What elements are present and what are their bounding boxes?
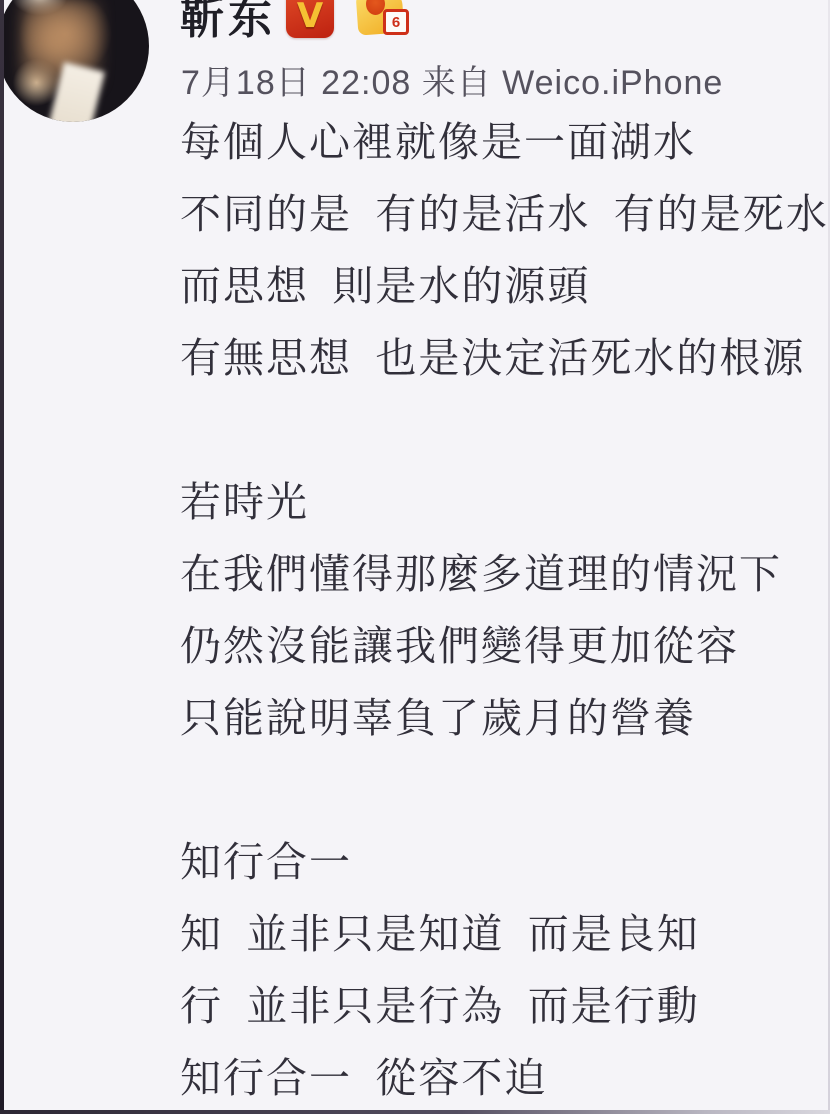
- post-line: 在我們懂得那麼多道理的情況下: [180, 538, 824, 610]
- post-line: 行 並非只是行為 而是行動: [180, 970, 824, 1042]
- verified-badge-icon: V: [286, 0, 334, 38]
- post-line: 知行合一 從容不迫: [180, 1042, 824, 1114]
- post-line: 知行合一: [180, 826, 824, 898]
- post-text: 每個人心裡就像是一面湖水 不同的是 有的是活水 有的是死水 而思想 則是水的源頭…: [180, 106, 824, 1114]
- verified-v-letter: V: [297, 0, 323, 33]
- post-line: 每個人心裡就像是一面湖水: [180, 106, 824, 178]
- post-meta[interactable]: 7月18日 22:08 来自 Weico.iPhone: [181, 55, 723, 104]
- post-line: 仍然沒能讓我們變得更加從容: [180, 610, 824, 682]
- screenshot-bottom-edge: [0, 1110, 830, 1114]
- post-line: 若時光: [180, 466, 824, 538]
- author-name[interactable]: 靳东: [180, 0, 276, 46]
- avatar[interactable]: [0, 0, 149, 122]
- weibo-post-screenshot: 靳东 V 6 7月18日 22:08 来自 Weico.iPhone 每個人心裡…: [0, 0, 830, 1114]
- paragraph: 若時光 在我們懂得那麼多道理的情況下 仍然沒能讓我們變得更加從容 只能說明辜負了…: [180, 466, 824, 754]
- post-line: 只能說明辜負了歲月的營養: [180, 682, 824, 754]
- post-line: 不同的是 有的是活水 有的是死水: [180, 178, 824, 250]
- vip-level-box: 6: [383, 9, 409, 35]
- vip-badge-icon: 6: [357, 0, 411, 38]
- post-line: 而思想 則是水的源頭: [180, 250, 824, 322]
- post-line: 有無思想 也是決定活死水的根源: [180, 322, 824, 394]
- paragraph: 每個人心裡就像是一面湖水 不同的是 有的是活水 有的是死水 而思想 則是水的源頭…: [180, 106, 824, 394]
- vip-level-number: 6: [392, 15, 400, 30]
- screenshot-left-edge: [0, 0, 4, 1114]
- paragraph: 知行合一 知 並非只是知道 而是良知 行 並非只是行為 而是行動 知行合一 從容…: [180, 826, 824, 1114]
- post-line: 知 並非只是知道 而是良知: [180, 898, 824, 970]
